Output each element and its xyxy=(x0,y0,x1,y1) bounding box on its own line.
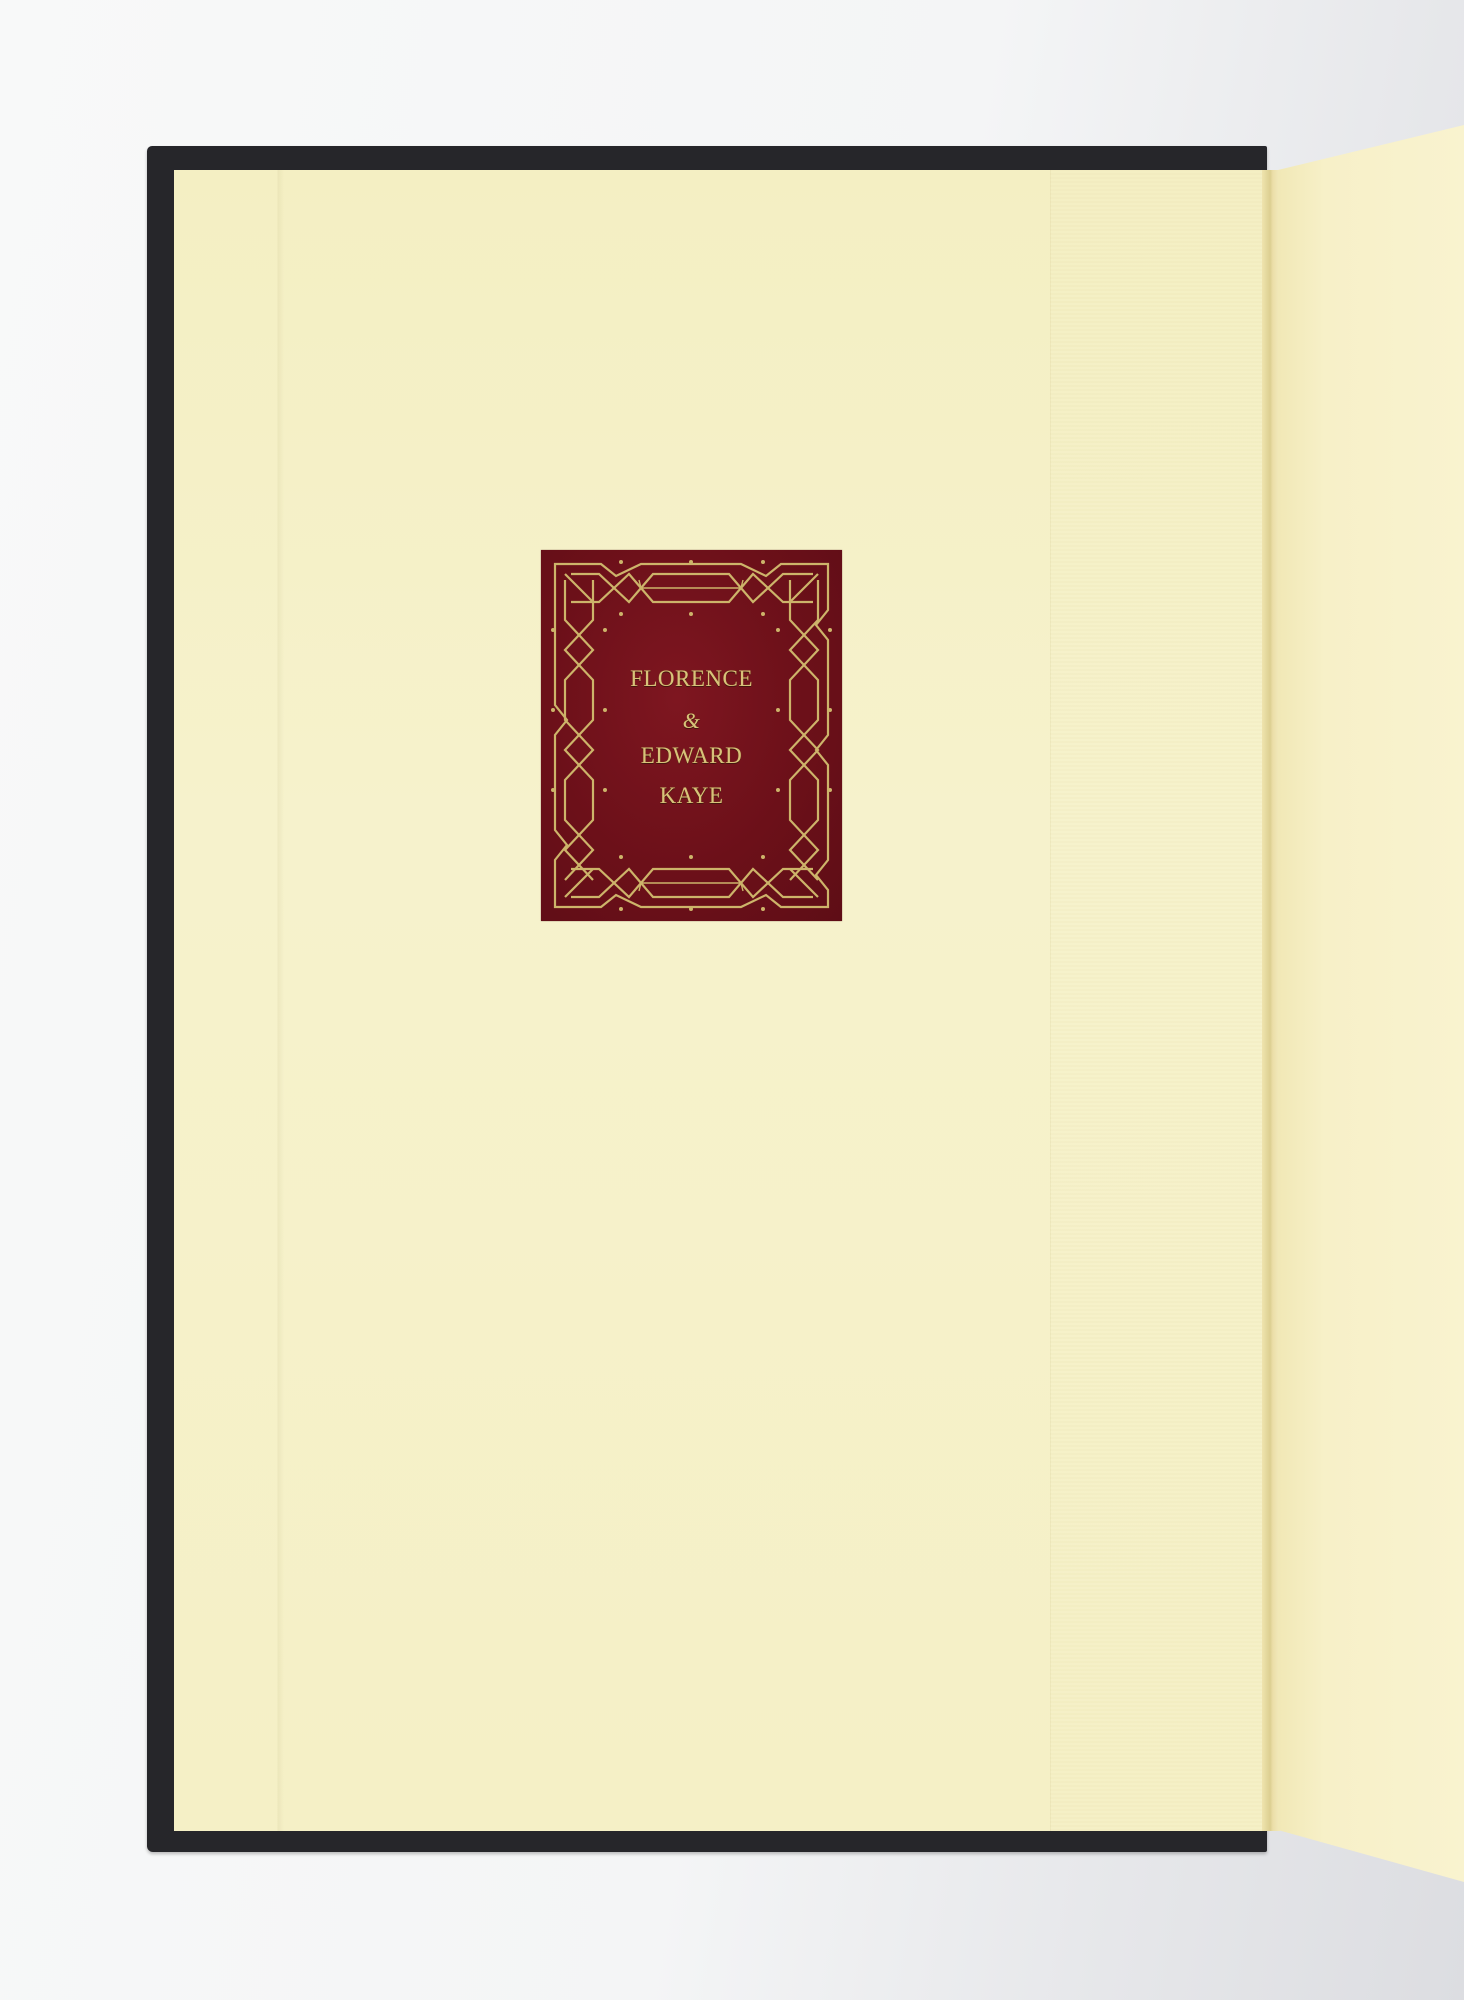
book-gutter xyxy=(1262,170,1280,1831)
bookplate-border-ornament xyxy=(541,550,842,921)
bookplate-name-florence: FLORENCE xyxy=(541,666,842,692)
bookplate-surname-kaye: KAYE xyxy=(541,783,842,809)
facing-free-endpaper xyxy=(1278,125,1464,1885)
bookplate-ampersand: & xyxy=(541,708,842,734)
photo-scene: FLORENCE & EDWARD KAYE xyxy=(0,0,1464,2000)
cloth-hinge-texture xyxy=(1050,170,1269,1831)
bookplate: FLORENCE & EDWARD KAYE xyxy=(541,550,842,921)
bookplate-name-edward: EDWARD xyxy=(541,743,842,769)
